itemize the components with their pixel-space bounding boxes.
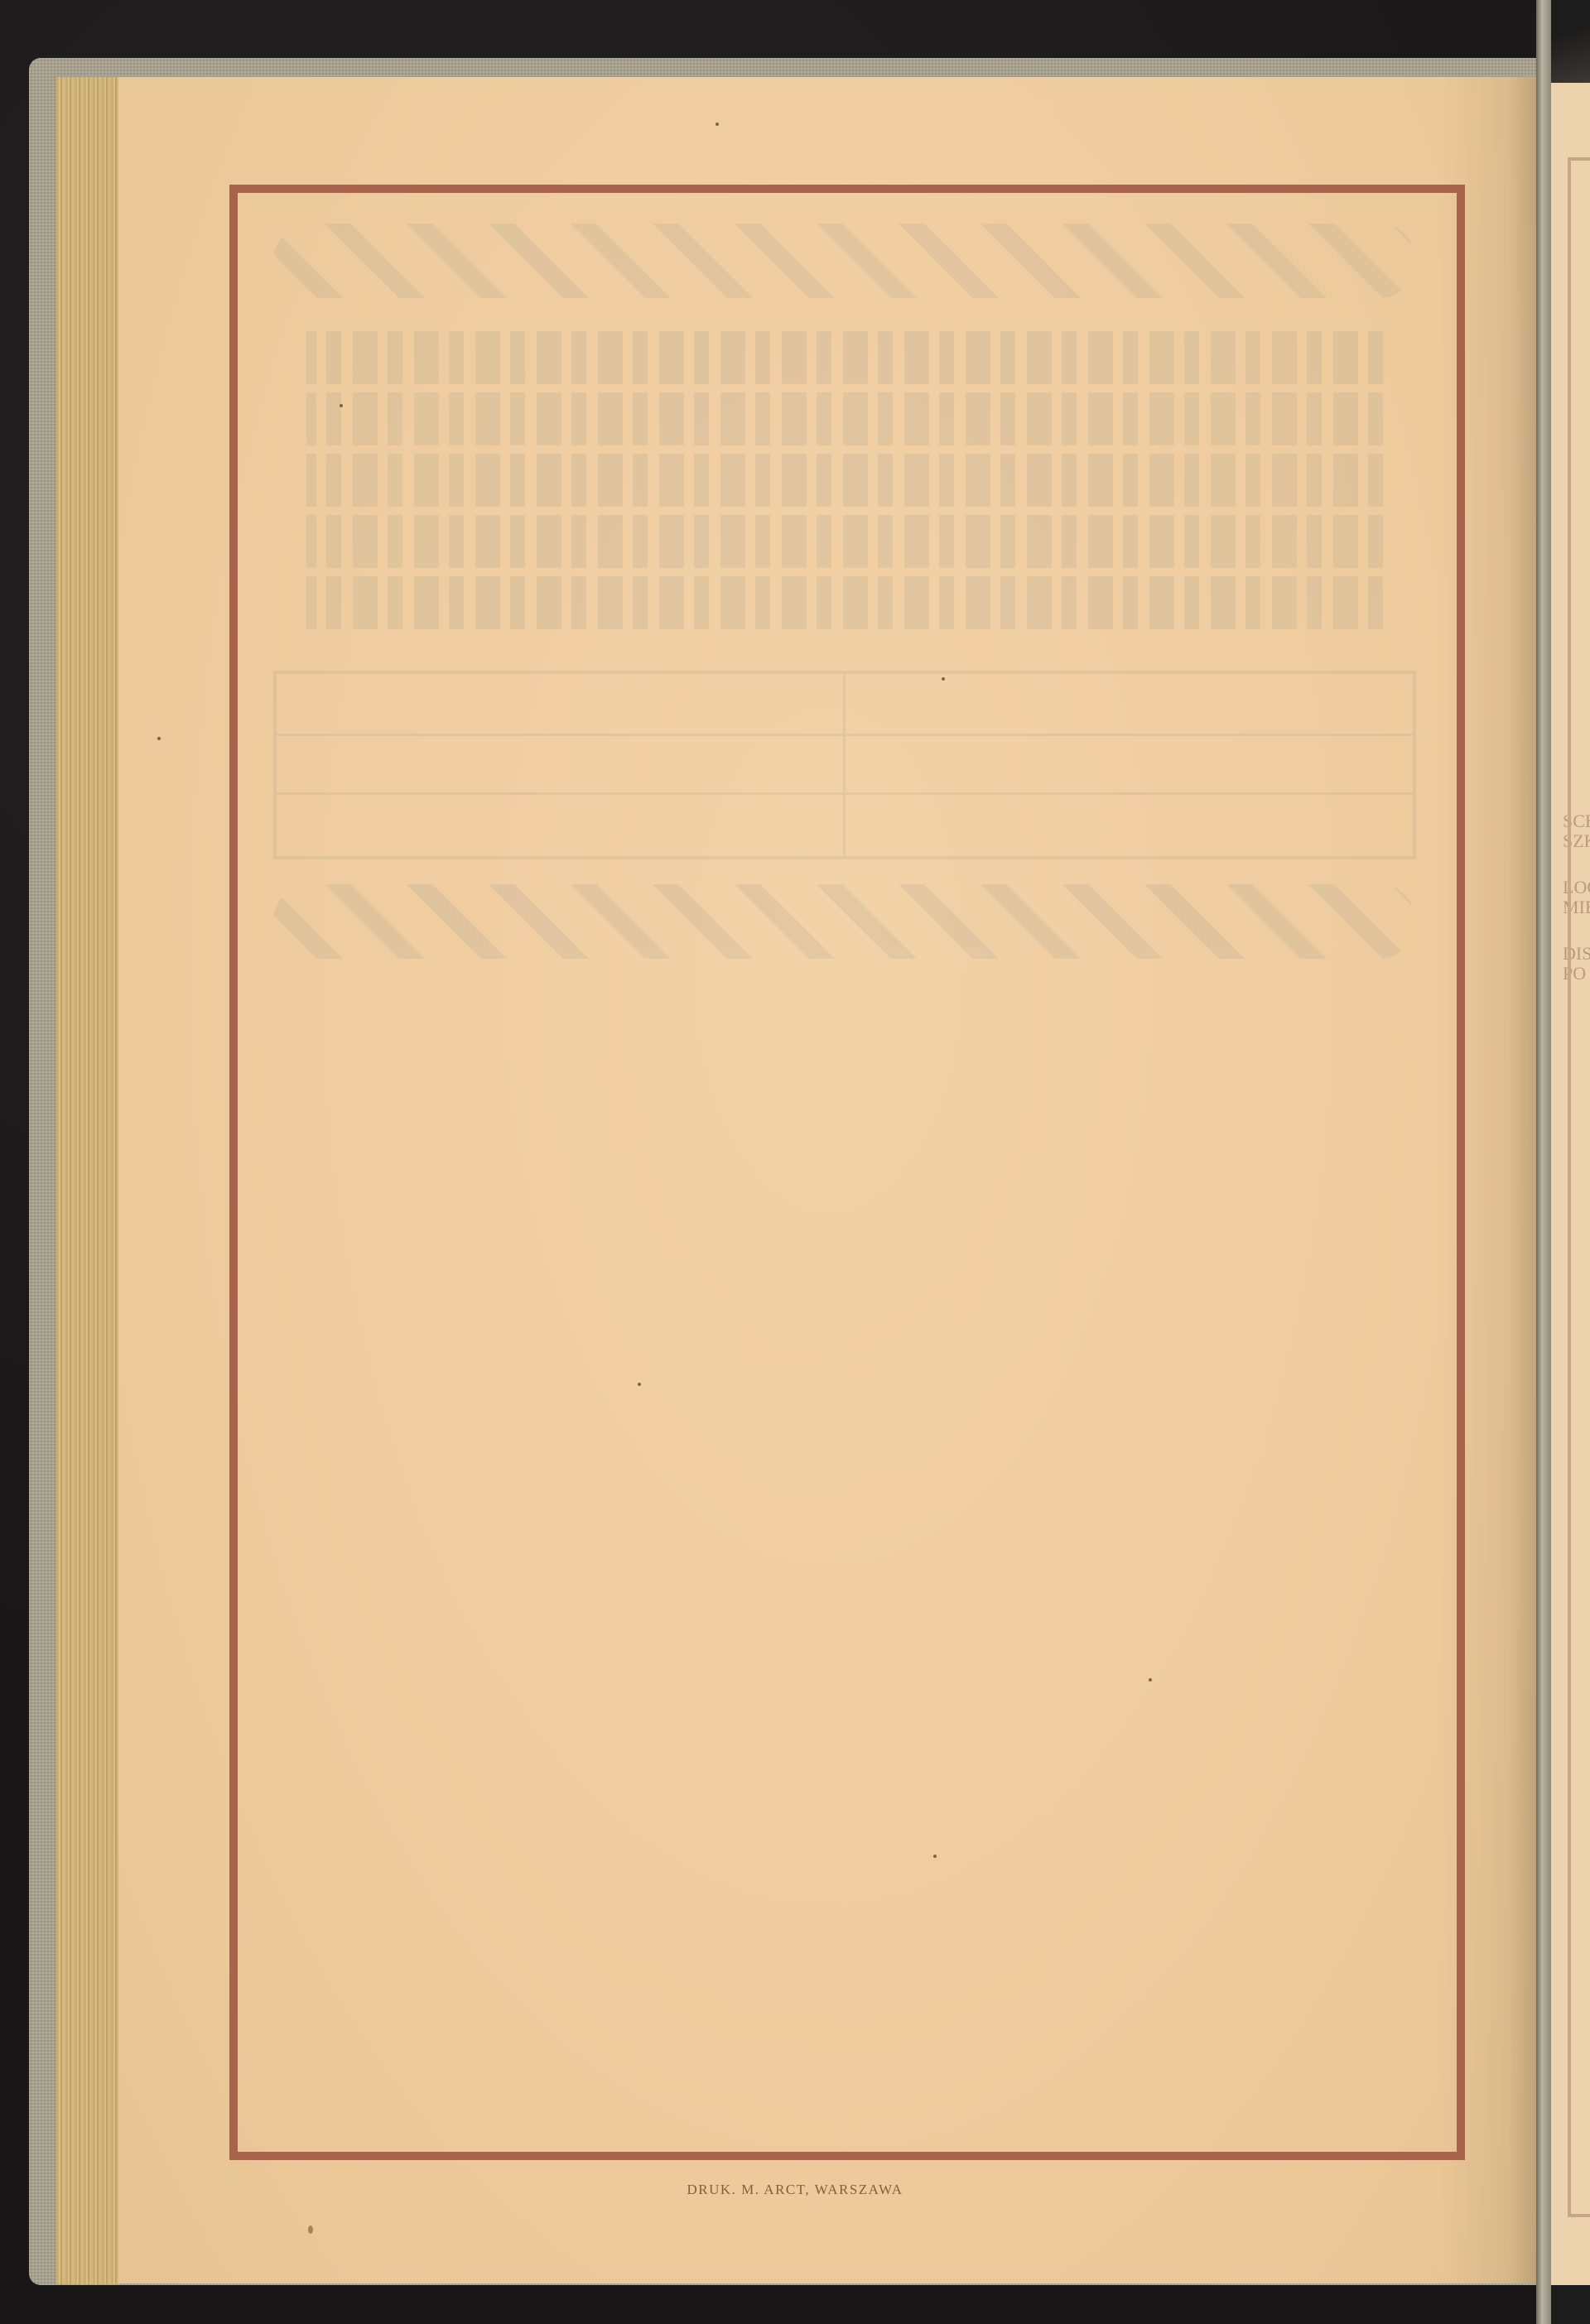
scan-background-top-right [1551, 0, 1590, 83]
page-border-frame [229, 185, 1465, 2160]
paper-speck [340, 404, 343, 407]
paper-speck [933, 1855, 937, 1858]
paper-speck [157, 737, 161, 740]
paper-stain [308, 2225, 313, 2234]
printer-imprint: DRUK. M. ARCT, WARSZAWA [0, 2182, 1590, 2198]
scan-background-bottom-right [1551, 2285, 1590, 2324]
book-gutter [1536, 0, 1551, 2324]
paper-speck [1149, 1678, 1152, 1682]
paper-speck [942, 677, 945, 681]
paper-speck [638, 1383, 641, 1386]
paper-speck [715, 123, 719, 126]
page-edges-stack [56, 77, 121, 2284]
facing-page-frame [1568, 157, 1590, 2217]
